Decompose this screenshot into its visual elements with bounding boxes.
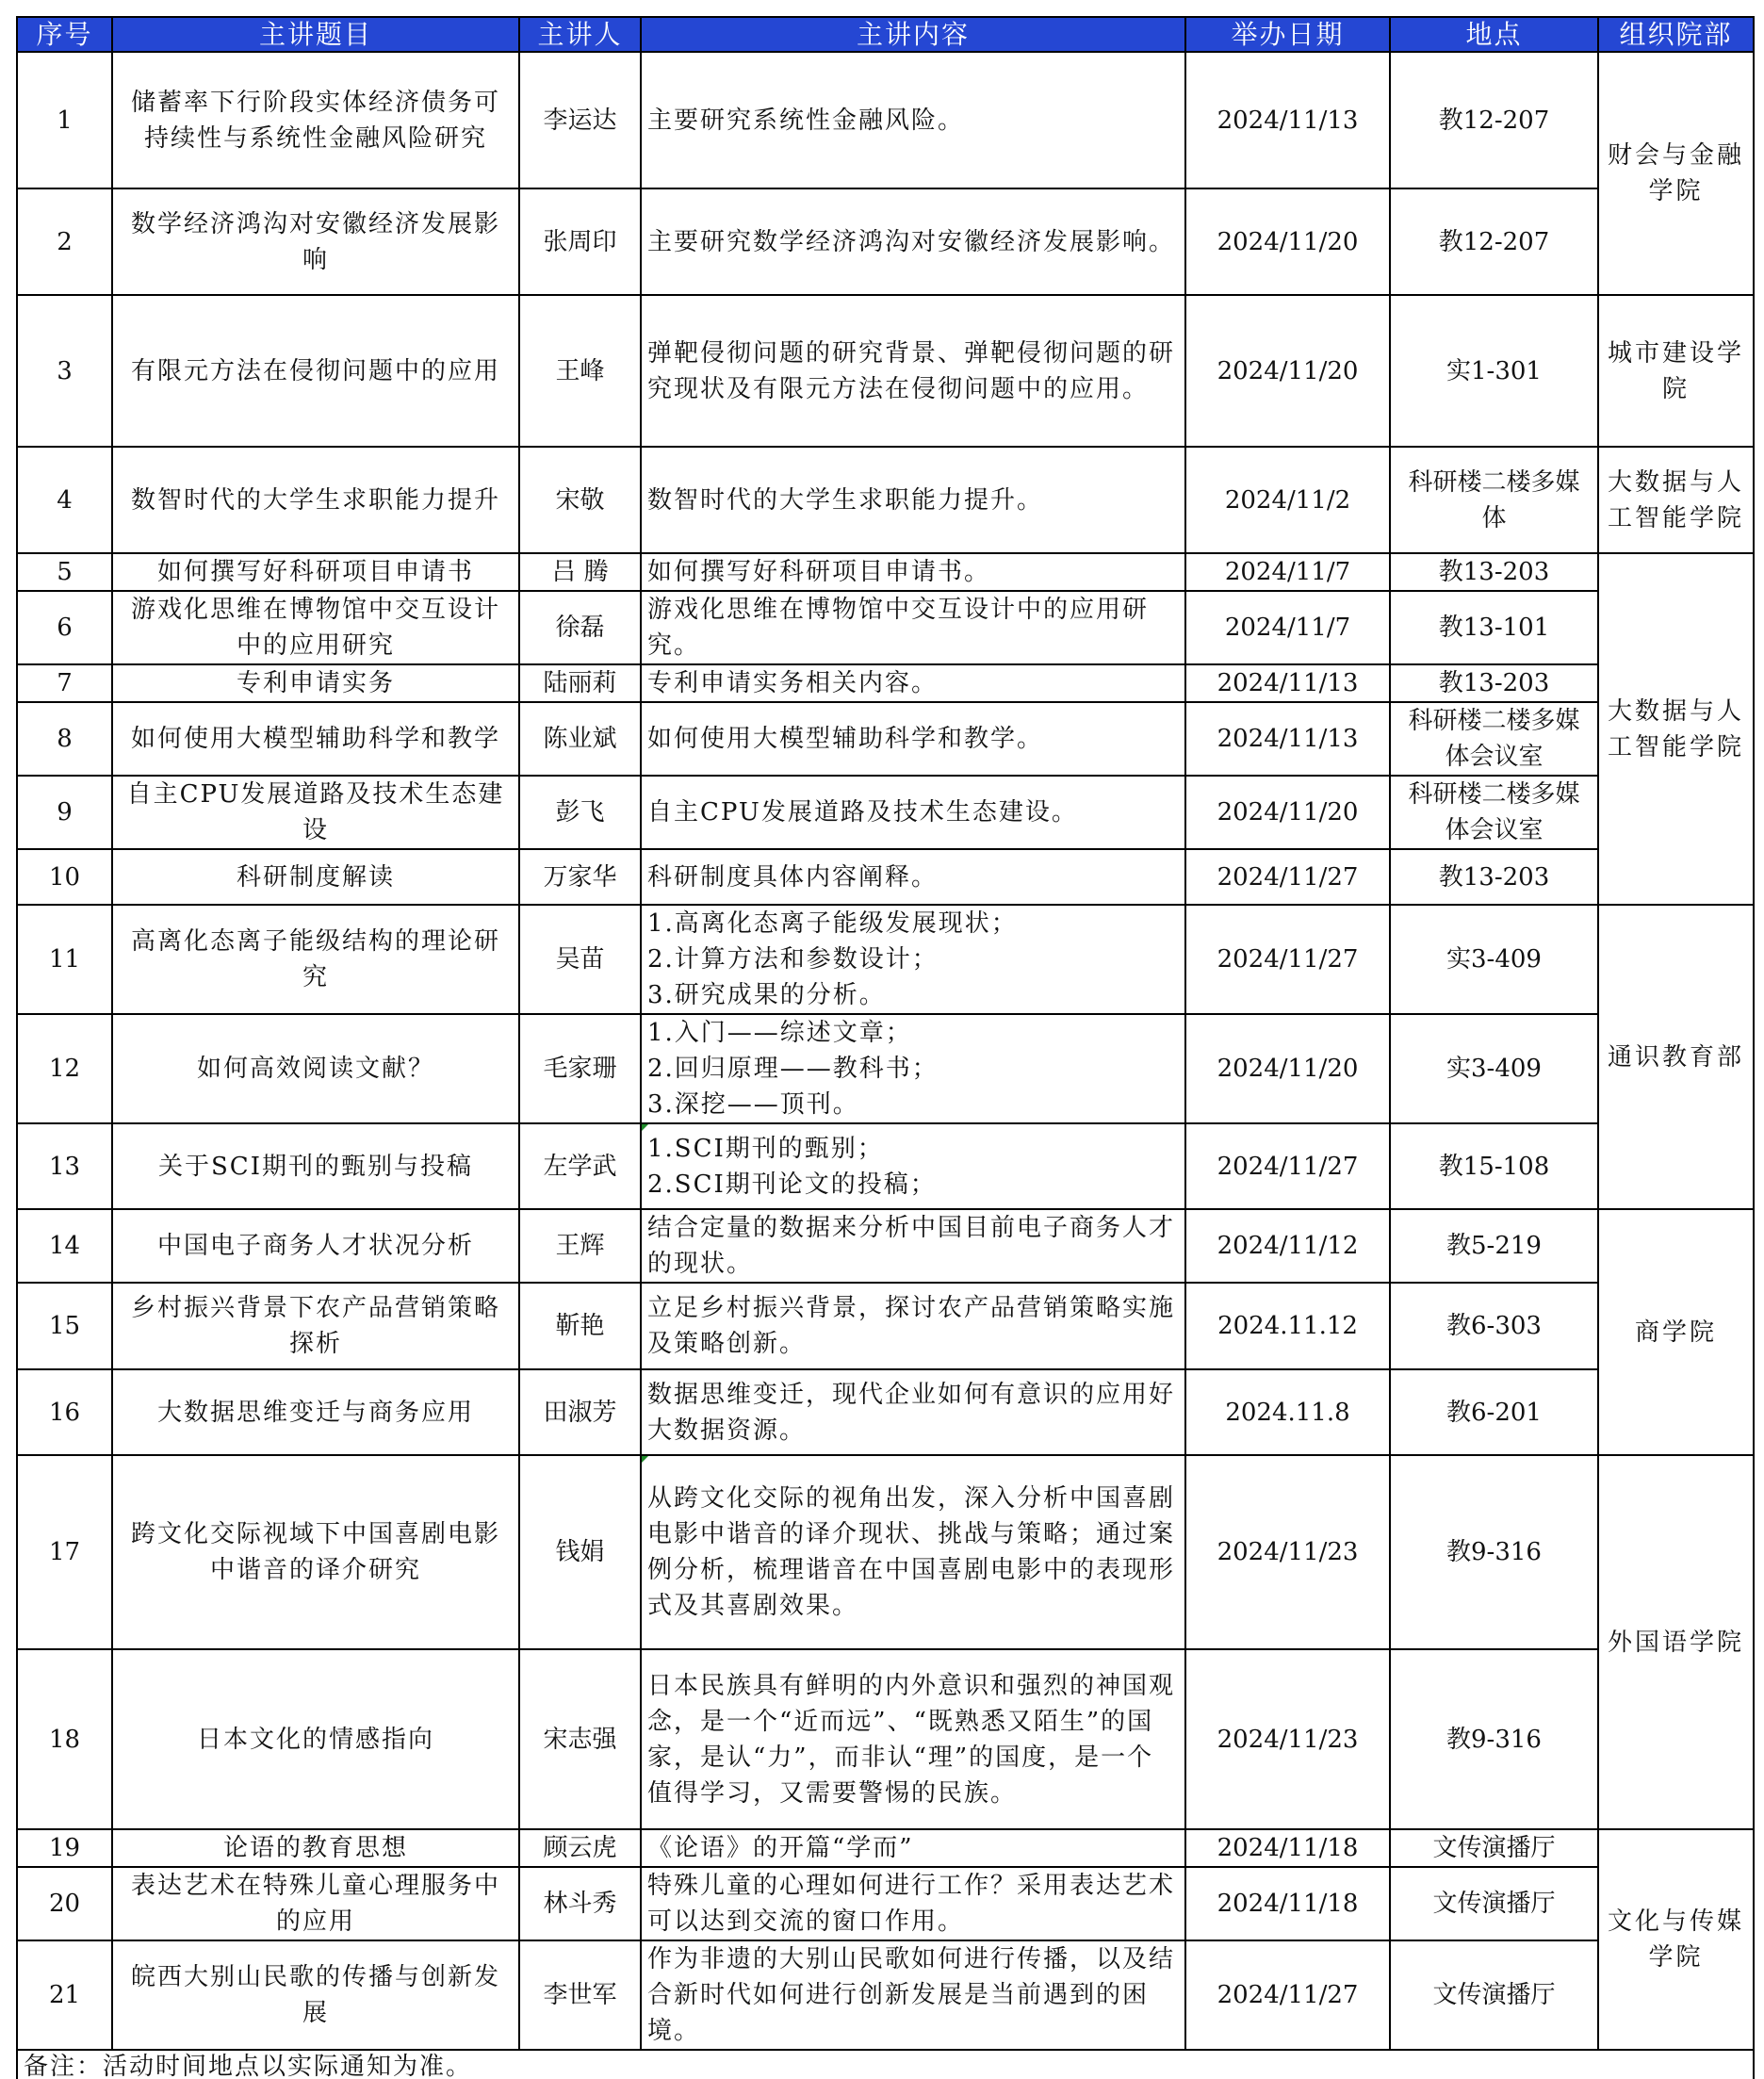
table-row: 18 日本文化的情感指向 宋志强 日本民族具有鲜明的内外意识和强烈的神国观念，是… (17, 1649, 1754, 1829)
cell-date: 2024/11/7 (1185, 591, 1390, 664)
cell-place: 教13-101 (1390, 591, 1598, 664)
cell-no: 15 (17, 1283, 112, 1369)
header-date: 举办日期 (1185, 17, 1390, 52)
cell-speaker: 李运达 (519, 52, 641, 188)
cell-content: 《论语》的开篇“学而” (641, 1829, 1185, 1867)
cell-content: 主要研究系统性金融风险。 (641, 52, 1185, 188)
cell-content: 游戏化思维在博物馆中交互设计中的应用研究。 (641, 591, 1185, 664)
content-line: 3.深挖——顶刊。 (647, 1087, 1179, 1122)
cell-department: 通识教育部 (1598, 905, 1754, 1209)
table-row: 11 高离化态离子能级结构的理论研究 吴苗 1.高离化态离子能级发展现状； 2.… (17, 905, 1754, 1014)
cell-department: 外国语学院 (1598, 1455, 1754, 1829)
cell-speaker: 左学武 (519, 1123, 641, 1209)
content-line: 2.计算方法和参数设计； (647, 941, 1179, 977)
cell-place: 教9-316 (1390, 1649, 1598, 1829)
cell-title: 有限元方法在侵彻问题中的应用 (112, 295, 519, 447)
cell-place: 文传演播厅 (1390, 1940, 1598, 2050)
cell-speaker: 顾云虎 (519, 1829, 641, 1867)
cell-speaker: 宋敬 (519, 447, 641, 553)
cell-date: 2024/11/20 (1185, 776, 1390, 849)
cell-place: 教13-203 (1390, 849, 1598, 905)
table-row: 14 中国电子商务人才状况分析 王辉 结合定量的数据来分析中国目前电子商务人才的… (17, 1209, 1754, 1283)
cell-department: 大数据与人工智能学院 (1598, 553, 1754, 905)
cell-date: 2024/11/23 (1185, 1455, 1390, 1649)
cell-speaker: 万家华 (519, 849, 641, 905)
cell-content: 专利申请实务相关内容。 (641, 664, 1185, 702)
cell-department: 财会与金融学院 (1598, 52, 1754, 295)
cell-department: 商学院 (1598, 1209, 1754, 1455)
cell-date: 2024/11/27 (1185, 1123, 1390, 1209)
cell-title: 中国电子商务人才状况分析 (112, 1209, 519, 1283)
cell-place: 文传演播厅 (1390, 1867, 1598, 1940)
cell-place: 教6-201 (1390, 1369, 1598, 1455)
cell-title: 数智时代的大学生求职能力提升 (112, 447, 519, 553)
cell-place: 教9-316 (1390, 1455, 1598, 1649)
table-row: 16 大数据思维变迁与商务应用 田淑芳 数据思维变迁，现代企业如何有意识的应用好… (17, 1369, 1754, 1455)
cell-place: 教5-219 (1390, 1209, 1598, 1283)
cell-speaker: 吴苗 (519, 905, 641, 1014)
cell-no: 2 (17, 188, 112, 295)
cell-place: 教12-207 (1390, 188, 1598, 295)
table-row: 5 如何撰写好科研项目申请书 吕 腾 如何撰写好科研项目申请书。 2024/11… (17, 553, 1754, 591)
cell-no: 11 (17, 905, 112, 1014)
cell-content: 1.SCI期刊的甄别； 2.SCI期刊论文的投稿； (641, 1123, 1185, 1209)
cell-content: 立足乡村振兴背景，探讨农产品营销策略实施及策略创新。 (641, 1283, 1185, 1369)
header-speaker: 主讲人 (519, 17, 641, 52)
cell-no: 14 (17, 1209, 112, 1283)
cell-date: 2024/11/18 (1185, 1867, 1390, 1940)
cell-no: 1 (17, 52, 112, 188)
cell-place: 文传演播厅 (1390, 1829, 1598, 1867)
cell-department: 城市建设学院 (1598, 295, 1754, 447)
cell-place: 科研楼二楼多媒体 (1390, 447, 1598, 553)
cell-speaker: 林斗秀 (519, 1867, 641, 1940)
table-row: 10 科研制度解读 万家华 科研制度具体内容阐释。 2024/11/27 教13… (17, 849, 1754, 905)
comment-indicator-icon[interactable] (642, 1124, 648, 1131)
table-row: 19 论语的教育思想 顾云虎 《论语》的开篇“学而” 2024/11/18 文传… (17, 1829, 1754, 1867)
table-row: 21 皖西大别山民歌的传播与创新发展 李世军 作为非遗的大别山民歌如何进行传播，… (17, 1940, 1754, 2050)
cell-content: 如何撰写好科研项目申请书。 (641, 553, 1185, 591)
cell-date: 2024/11/20 (1185, 1014, 1390, 1123)
cell-content: 结合定量的数据来分析中国目前电子商务人才的现状。 (641, 1209, 1185, 1283)
table-row: 1 储蓄率下行阶段实体经济债务可持续性与系统性金融风险研究 李运达 主要研究系统… (17, 52, 1754, 188)
cell-no: 17 (17, 1455, 112, 1649)
cell-content: 数据思维变迁，现代企业如何有意识的应用好大数据资源。 (641, 1369, 1185, 1455)
cell-place: 教13-203 (1390, 664, 1598, 702)
cell-content: 1.入门——综述文章； 2.回归原理——教科书； 3.深挖——顶刊。 (641, 1014, 1185, 1123)
cell-title: 如何撰写好科研项目申请书 (112, 553, 519, 591)
header-no: 序号 (17, 17, 112, 52)
cell-date: 2024/11/20 (1185, 295, 1390, 447)
cell-date: 2024/11/7 (1185, 553, 1390, 591)
cell-date: 2024/11/23 (1185, 1649, 1390, 1829)
cell-title: 高离化态离子能级结构的理论研究 (112, 905, 519, 1014)
cell-speaker: 张周印 (519, 188, 641, 295)
cell-no: 3 (17, 295, 112, 447)
cell-no: 20 (17, 1867, 112, 1940)
cell-no: 9 (17, 776, 112, 849)
cell-place: 科研楼二楼多媒体会议室 (1390, 776, 1598, 849)
cell-place: 实3-409 (1390, 1014, 1598, 1123)
table-row: 6 游戏化思维在博物馆中交互设计中的应用研究 徐磊 游戏化思维在博物馆中交互设计… (17, 591, 1754, 664)
cell-content: 作为非遗的大别山民歌如何进行传播，以及结合新时代如何进行创新发展是当前遇到的困境… (641, 1940, 1185, 2050)
cell-date: 2024/11/27 (1185, 905, 1390, 1014)
cell-no: 4 (17, 447, 112, 553)
table-row: 9 自主CPU发展道路及技术生态建设 彭飞 自主CPU发展道路及技术生态建设。 … (17, 776, 1754, 849)
cell-date: 2024/11/27 (1185, 849, 1390, 905)
cell-title: 论语的教育思想 (112, 1829, 519, 1867)
cell-title: 乡村振兴背景下农产品营销策略探析 (112, 1283, 519, 1369)
cell-title: 大数据思维变迁与商务应用 (112, 1369, 519, 1455)
cell-title: 游戏化思维在博物馆中交互设计中的应用研究 (112, 591, 519, 664)
content-line: 2.回归原理——教科书； (647, 1051, 1179, 1087)
cell-place: 科研楼二楼多媒体会议室 (1390, 702, 1598, 776)
cell-date: 2024.11.12 (1185, 1283, 1390, 1369)
cell-no: 19 (17, 1829, 112, 1867)
cell-speaker: 吕 腾 (519, 553, 641, 591)
cell-title: 专利申请实务 (112, 664, 519, 702)
cell-content: 自主CPU发展道路及技术生态建设。 (641, 776, 1185, 849)
cell-date: 2024/11/13 (1185, 52, 1390, 188)
cell-speaker: 王辉 (519, 1209, 641, 1283)
header-row: 序号 主讲题目 主讲人 主讲内容 举办日期 地点 组织院部 (17, 17, 1754, 52)
cell-place: 实1-301 (1390, 295, 1598, 447)
cell-no: 6 (17, 591, 112, 664)
cell-no: 8 (17, 702, 112, 776)
header-place: 地点 (1390, 17, 1598, 52)
cell-date: 2024/11/13 (1185, 664, 1390, 702)
cell-speaker: 毛家珊 (519, 1014, 641, 1123)
cell-no: 21 (17, 1940, 112, 2050)
cell-content: 科研制度具体内容阐释。 (641, 849, 1185, 905)
cell-title: 日本文化的情感指向 (112, 1649, 519, 1829)
table-row: 20 表达艺术在特殊儿童心理服务中的应用 林斗秀 特殊儿童的心理如何进行工作？采… (17, 1867, 1754, 1940)
content-line: 1.SCI期刊的甄别； (647, 1131, 1179, 1167)
cell-place: 实3-409 (1390, 905, 1598, 1014)
cell-title: 储蓄率下行阶段实体经济债务可持续性与系统性金融风险研究 (112, 52, 519, 188)
cell-title: 科研制度解读 (112, 849, 519, 905)
table-row: 13 关于SCI期刊的甄别与投稿 左学武 1.SCI期刊的甄别； 2.SCI期刊… (17, 1123, 1754, 1209)
table-row: 8 如何使用大模型辅助科学和教学 陈业斌 如何使用大模型辅助科学和教学。 202… (17, 702, 1754, 776)
cell-speaker: 钱娟 (519, 1455, 641, 1649)
comment-indicator-icon[interactable] (642, 1456, 648, 1463)
cell-title: 如何高效阅读文献？ (112, 1014, 519, 1123)
cell-content: 主要研究数学经济鸿沟对安徽经济发展影响。 (641, 188, 1185, 295)
cell-content: 弹靶侵彻问题的研究背景、弹靶侵彻问题的研究现状及有限元方法在侵彻问题中的应用。 (641, 295, 1185, 447)
header-title: 主讲题目 (112, 17, 519, 52)
content-line: 2.SCI期刊论文的投稿； (647, 1167, 1179, 1203)
content-text: 从跨文化交际的视角出发，深入分析中国喜剧电影中谐音的译介现状、挑战与策略；通过案… (647, 1484, 1175, 1620)
cell-speaker: 田淑芳 (519, 1369, 641, 1455)
cell-speaker: 陈业斌 (519, 702, 641, 776)
cell-title: 关于SCI期刊的甄别与投稿 (112, 1123, 519, 1209)
cell-content: 特殊儿童的心理如何进行工作？采用表达艺术可以达到交流的窗口作用。 (641, 1867, 1185, 1940)
cell-content: 从跨文化交际的视角出发，深入分析中国喜剧电影中谐音的译介现状、挑战与策略；通过案… (641, 1455, 1185, 1649)
table-row: 12 如何高效阅读文献？ 毛家珊 1.入门——综述文章； 2.回归原理——教科书… (17, 1014, 1754, 1123)
lecture-schedule-table: 序号 主讲题目 主讲人 主讲内容 举办日期 地点 组织院部 1 储蓄率下行阶段实… (16, 16, 1755, 2079)
cell-no: 5 (17, 553, 112, 591)
cell-speaker: 彭飞 (519, 776, 641, 849)
cell-content: 1.高离化态离子能级发展现状； 2.计算方法和参数设计； 3.研究成果的分析。 (641, 905, 1185, 1014)
cell-title: 表达艺术在特殊儿童心理服务中的应用 (112, 1867, 519, 1940)
table-row: 17 跨文化交际视域下中国喜剧电影中谐音的译介研究 钱娟 从跨文化交际的视角出发… (17, 1455, 1754, 1649)
content-line: 3.研究成果的分析。 (647, 977, 1179, 1013)
table-row: 3 有限元方法在侵彻问题中的应用 王峰 弹靶侵彻问题的研究背景、弹靶侵彻问题的研… (17, 295, 1754, 447)
cell-speaker: 靳艳 (519, 1283, 641, 1369)
content-line: 1.入门——综述文章； (647, 1015, 1179, 1051)
note-text: 备注：活动时间地点以实际通知为准。 (17, 2050, 1754, 2079)
cell-no: 12 (17, 1014, 112, 1123)
cell-date: 2024/11/2 (1185, 447, 1390, 553)
cell-speaker: 李世军 (519, 1940, 641, 2050)
table-row: 7 专利申请实务 陆丽莉 专利申请实务相关内容。 2024/11/13 教13-… (17, 664, 1754, 702)
cell-date: 2024/11/20 (1185, 188, 1390, 295)
cell-date: 2024/11/27 (1185, 1940, 1390, 2050)
note-row: 备注：活动时间地点以实际通知为准。 (17, 2050, 1754, 2079)
table-row: 4 数智时代的大学生求职能力提升 宋敬 数智时代的大学生求职能力提升。 2024… (17, 447, 1754, 553)
cell-no: 16 (17, 1369, 112, 1455)
cell-title: 自主CPU发展道路及技术生态建设 (112, 776, 519, 849)
table-row: 15 乡村振兴背景下农产品营销策略探析 靳艳 立足乡村振兴背景，探讨农产品营销策… (17, 1283, 1754, 1369)
cell-date: 2024/11/13 (1185, 702, 1390, 776)
cell-no: 18 (17, 1649, 112, 1829)
cell-department: 文化与传媒学院 (1598, 1829, 1754, 2050)
cell-title: 如何使用大模型辅助科学和教学 (112, 702, 519, 776)
cell-speaker: 陆丽莉 (519, 664, 641, 702)
cell-content: 日本民族具有鲜明的内外意识和强烈的神国观念，是一个“近而远”、“既熟悉又陌生”的… (641, 1649, 1185, 1829)
cell-speaker: 徐磊 (519, 591, 641, 664)
cell-date: 2024.11.8 (1185, 1369, 1390, 1455)
cell-place: 教12-207 (1390, 52, 1598, 188)
cell-content: 如何使用大模型辅助科学和教学。 (641, 702, 1185, 776)
content-line: 1.高离化态离子能级发展现状； (647, 906, 1179, 941)
header-content: 主讲内容 (641, 17, 1185, 52)
cell-content: 数智时代的大学生求职能力提升。 (641, 447, 1185, 553)
table-row: 2 数学经济鸿沟对安徽经济发展影响 张周印 主要研究数学经济鸿沟对安徽经济发展影… (17, 188, 1754, 295)
cell-no: 10 (17, 849, 112, 905)
cell-speaker: 王峰 (519, 295, 641, 447)
cell-title: 跨文化交际视域下中国喜剧电影中谐音的译介研究 (112, 1455, 519, 1649)
header-department: 组织院部 (1598, 17, 1754, 52)
cell-department: 大数据与人工智能学院 (1598, 447, 1754, 553)
cell-place: 教13-203 (1390, 553, 1598, 591)
cell-place: 教6-303 (1390, 1283, 1598, 1369)
cell-place: 教15-108 (1390, 1123, 1598, 1209)
cell-no: 7 (17, 664, 112, 702)
cell-no: 13 (17, 1123, 112, 1209)
cell-date: 2024/11/12 (1185, 1209, 1390, 1283)
cell-title: 数学经济鸿沟对安徽经济发展影响 (112, 188, 519, 295)
cell-date: 2024/11/18 (1185, 1829, 1390, 1867)
cell-title: 皖西大别山民歌的传播与创新发展 (112, 1940, 519, 2050)
cell-speaker: 宋志强 (519, 1649, 641, 1829)
